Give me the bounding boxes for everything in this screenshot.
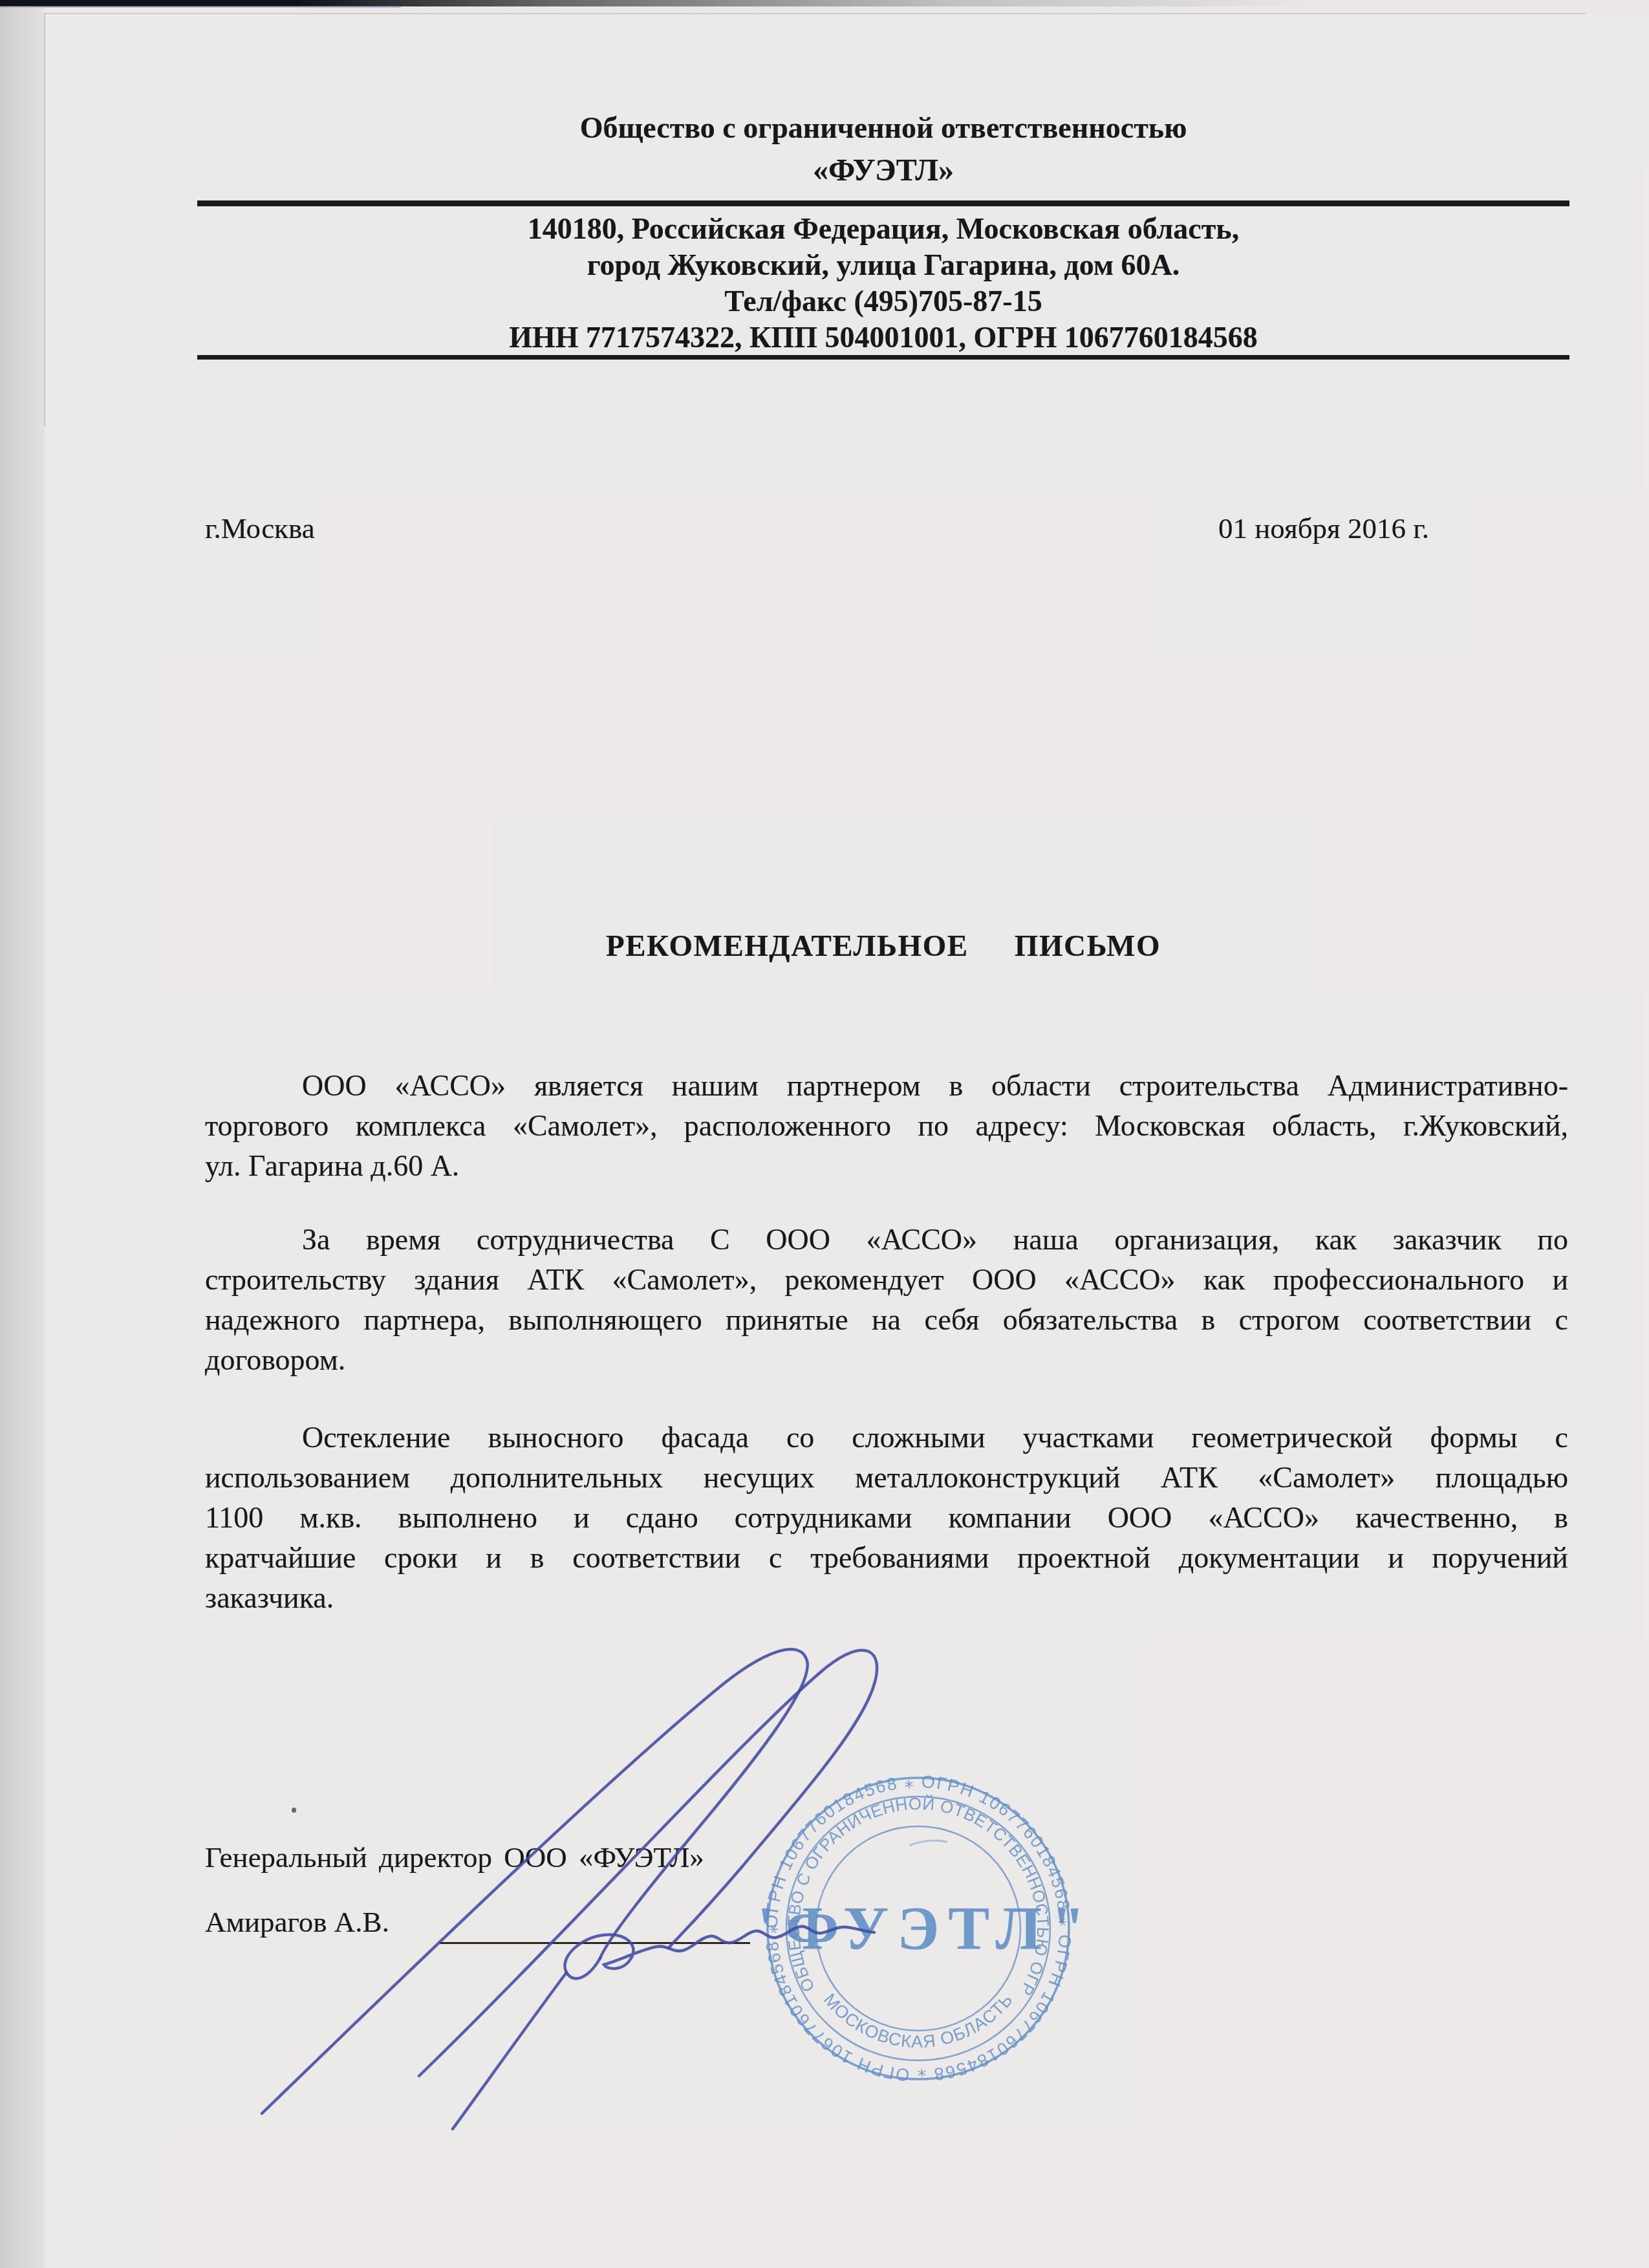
letter-date: 01 ноября 2016 г.: [1218, 512, 1429, 545]
letterhead-address-line2: город Жуковский, улица Гагарина, дом 60А…: [197, 247, 1569, 283]
letterhead-phone-line: Тел/факс (495)705-87-15: [197, 283, 1569, 319]
paragraph-2-line: надежного партнера, выполняющего приняты…: [205, 1300, 1568, 1340]
paragraph-3-line: кратчайшие сроки и в соответствии с треб…: [205, 1538, 1568, 1578]
scan-edge-top-highlight: [0, 6, 401, 8]
letterhead-registration-line: ИНН 7717574322, КПП 504001001, ОГРН 1067…: [197, 319, 1569, 356]
signature-stroke: [262, 1649, 808, 2113]
paragraph-1-line: ул. Гагарина д.60 А.: [205, 1146, 1568, 1186]
signature-stroke: [419, 1650, 877, 2076]
paragraph-2: За время сотрудничества С ООО «АССО» наш…: [205, 1220, 1568, 1380]
letterhead-divider-bottom: [197, 355, 1569, 360]
letter-title: РЕКОМЕНДАТЕЛЬНОЕ ПИСЬМО: [197, 929, 1569, 963]
letter-city: г.Москва: [205, 512, 315, 545]
letterhead-address-line1: 140180, Российская Федерация, Московская…: [197, 211, 1569, 247]
paragraph-1-line: торгового комплекса «Самолет», расположе…: [205, 1106, 1568, 1146]
signature-stroke: [453, 1972, 566, 2129]
stamp-ink-dash: [911, 1841, 947, 1845]
handwritten-signature: [220, 1578, 970, 2173]
signature-stroke: [565, 1927, 874, 1979]
paragraph-3-line: Остекление выносного фасада со сложными …: [205, 1418, 1568, 1458]
letterhead-org-type: Общество с ограниченной ответственностью: [197, 110, 1569, 146]
paragraph-2-line: строительству здания АТК «Самолет», реко…: [205, 1260, 1568, 1300]
letterhead-divider-top: [197, 200, 1569, 206]
page-seam-vertical: [44, 13, 45, 427]
paragraph-1-line: ООО «АССО» является нашим партнером в об…: [205, 1066, 1568, 1106]
paragraph-2-line: За время сотрудничества С ООО «АССО» наш…: [205, 1220, 1568, 1260]
paragraph-3-line: использованием дополнительных несущих ме…: [205, 1458, 1568, 1498]
letterhead-address-block: 140180, Российская Федерация, Московская…: [197, 211, 1569, 356]
scan-edge-left: [0, 6, 44, 2268]
scanned-letter-page: Общество с ограниченной ответственностью…: [0, 0, 1649, 2268]
page-seam-horizontal: [44, 13, 1586, 14]
paragraph-1: ООО «АССО» является нашим партнером в об…: [205, 1066, 1568, 1186]
paragraph-3-line: 1100 м.кв. выполнено и сдано сотрудникам…: [205, 1498, 1568, 1538]
paragraph-2-line: договором.: [205, 1340, 1568, 1380]
letterhead-org-name: «ФУЭТЛ»: [197, 153, 1569, 189]
